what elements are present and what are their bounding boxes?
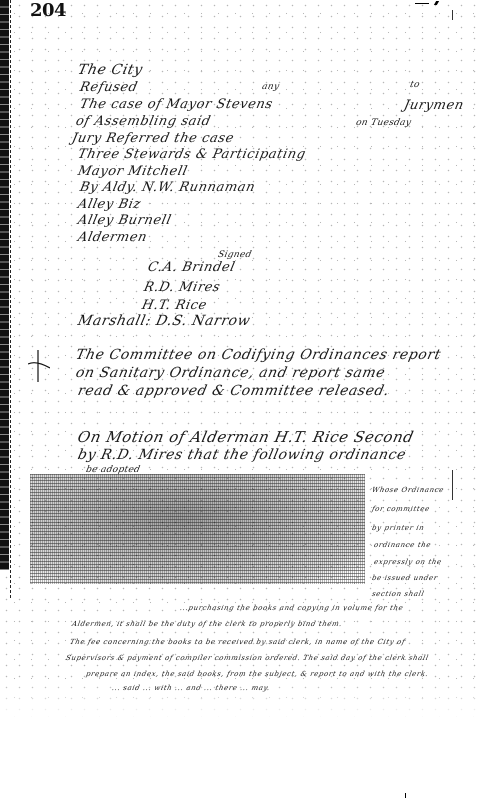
report-line: The Committee on Codifying Ordinances re… bbox=[74, 347, 442, 363]
report-line: read & approved & Committee released. bbox=[76, 383, 391, 399]
ordinance-line: prepare an index, the said books, from t… bbox=[85, 670, 429, 678]
header-line: Alley Burnell bbox=[76, 213, 172, 228]
scanned-document-page: 204 The City Refused any The case of May… bbox=[0, 0, 486, 800]
page-number: 204 bbox=[30, 0, 66, 21]
marshal-signature: Marshall: D.S. Narrow bbox=[76, 313, 252, 329]
ordinance-line: ...purchasing the books and copying in v… bbox=[179, 604, 404, 612]
header-line: Jury Referred the case bbox=[70, 131, 235, 146]
header-line: Aldermen bbox=[76, 230, 148, 245]
fragment-line: expressly on the bbox=[373, 558, 442, 566]
ordinance-line: ... said ... with ... and ... there ... … bbox=[111, 684, 271, 692]
fragment-line: Whose Ordinance bbox=[371, 486, 445, 494]
fragment-line: be issued under bbox=[371, 574, 438, 582]
motion-line: On Motion of Alderman H.T. Rice Second bbox=[76, 428, 415, 446]
report-line: on Sanitary Ordinance, and report same bbox=[74, 365, 387, 381]
right-note: to bbox=[409, 80, 421, 90]
margin-dash bbox=[452, 10, 453, 20]
header-line: The case of Mayor Stevens bbox=[78, 97, 274, 112]
header-line: of Assembling said bbox=[74, 114, 212, 129]
header-line: Alley Biz bbox=[76, 197, 142, 212]
bottom-tick bbox=[405, 793, 406, 798]
right-note: Jurymen bbox=[402, 98, 465, 113]
binding-line bbox=[10, 0, 11, 600]
stained-region bbox=[30, 474, 365, 584]
header-line: The City bbox=[76, 62, 144, 78]
fragment-line: for committee bbox=[371, 505, 430, 513]
signature: C.A. Brindel bbox=[146, 260, 236, 275]
header-annotation: any bbox=[261, 82, 280, 92]
header-line: Three Stewards & Participating bbox=[76, 147, 307, 162]
ordinance-line: Aldermen, it shall be the duty of the cl… bbox=[71, 620, 343, 628]
corner-mark bbox=[415, 3, 429, 4]
margin-cross-icon bbox=[28, 350, 50, 382]
signature: H.T. Rice bbox=[140, 298, 208, 313]
fragment-line: by printer in bbox=[371, 524, 425, 532]
ordinance-line: The fee concerning the books to be recei… bbox=[69, 638, 406, 646]
scan-noise bbox=[0, 0, 486, 800]
header-line: By Aldy. N.W. Runnaman bbox=[78, 180, 256, 195]
motion-line: by R.D. Mires that the following ordinan… bbox=[76, 447, 407, 463]
signed-label: Signed bbox=[217, 250, 253, 260]
binding-edge bbox=[0, 0, 9, 570]
header-line: Mayor Mitchell bbox=[76, 164, 189, 179]
right-note: on Tuesday bbox=[355, 118, 412, 128]
signature: R.D. Mires bbox=[142, 280, 221, 295]
header-line: Refused bbox=[78, 80, 139, 95]
fragment-line: section shall bbox=[371, 590, 425, 598]
fragment-line: ordinance the bbox=[373, 541, 432, 549]
margin-dash bbox=[452, 470, 453, 500]
ordinance-line: Supervisors & payment of compiler commis… bbox=[65, 654, 429, 662]
